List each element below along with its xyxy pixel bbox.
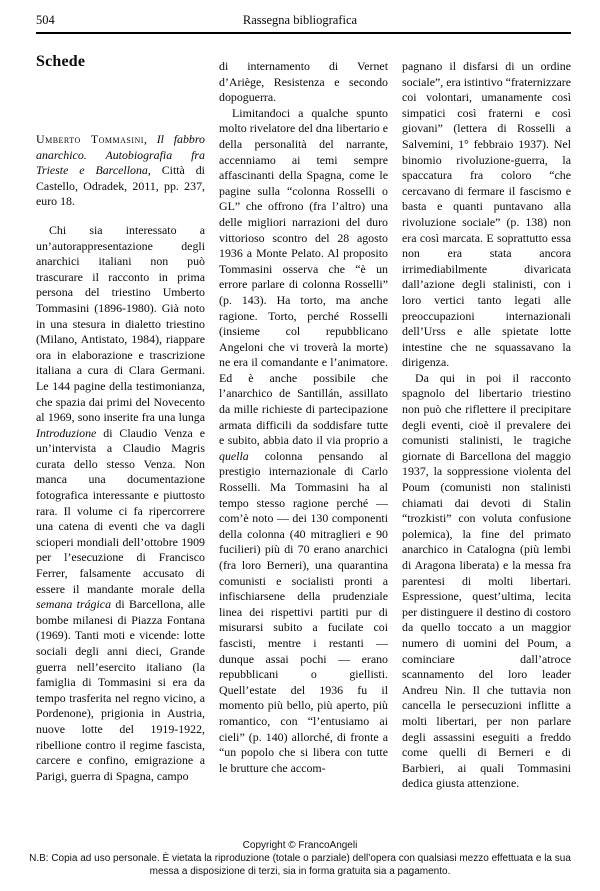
text-run: Da qui in poi il racconto spagnolo del l… xyxy=(402,371,571,790)
text-run: quella xyxy=(219,449,249,463)
text-run: Introduzione xyxy=(36,426,96,440)
header-rule xyxy=(36,32,571,34)
page-footer: Copyright © FrancoAngeli N.B: Copia ad u… xyxy=(0,839,600,878)
column-2: di internamento di Vernet d’Ariège, Resi… xyxy=(219,48,388,840)
running-title: Rassegna bibliografica xyxy=(0,13,600,28)
text-run: di Claudio Venza e un’intervista a Claud… xyxy=(36,426,205,596)
text-run: semana trágica xyxy=(36,597,111,611)
copyright-line: Copyright © FrancoAngeli xyxy=(0,839,600,852)
text-run: di internamento di Vernet d’Ariège, Resi… xyxy=(219,59,388,104)
text-run: , xyxy=(144,132,157,146)
continuation-paragraph: di internamento di Vernet d’Ariège, Resi… xyxy=(219,59,388,106)
text-run: di Barcellona, alle bombe milanesi di Pi… xyxy=(36,597,205,783)
text-run: pagnano il disfarsi di un ordine sociale… xyxy=(402,59,571,369)
usage-notice: N.B: Copia ad uso personale. È vietata l… xyxy=(27,852,573,878)
review-paragraph: Limitandoci a qualche spunto molto rivel… xyxy=(219,106,388,777)
column-1: Schede Umberto Tommasini, Il fabbro anar… xyxy=(36,48,205,840)
section-heading: Schede xyxy=(36,52,205,72)
journal-page: 504 Rassegna bibliografica Schede Umbert… xyxy=(0,0,600,891)
text-run: colonna pensando al prestigio internazio… xyxy=(219,449,388,775)
text-run: Chi sia interessato a un’autorappresenta… xyxy=(36,223,205,424)
text-run: Limitandoci a qualche spunto molto rivel… xyxy=(219,106,388,447)
continuation-paragraph: pagnano il disfarsi di un ordine sociale… xyxy=(402,59,571,371)
review-paragraph: Chi sia interessato a un’autorappresenta… xyxy=(36,223,205,784)
content-columns: Schede Umberto Tommasini, Il fabbro anar… xyxy=(36,48,571,840)
review-paragraph: Da qui in poi il racconto spagnolo del l… xyxy=(402,371,571,792)
text-run: Umberto Tommasini xyxy=(36,132,144,146)
column-3: pagnano il disfarsi di un ordine sociale… xyxy=(402,48,571,840)
bibliographic-entry: Umberto Tommasini, Il fabbro anarchico. … xyxy=(36,132,205,210)
